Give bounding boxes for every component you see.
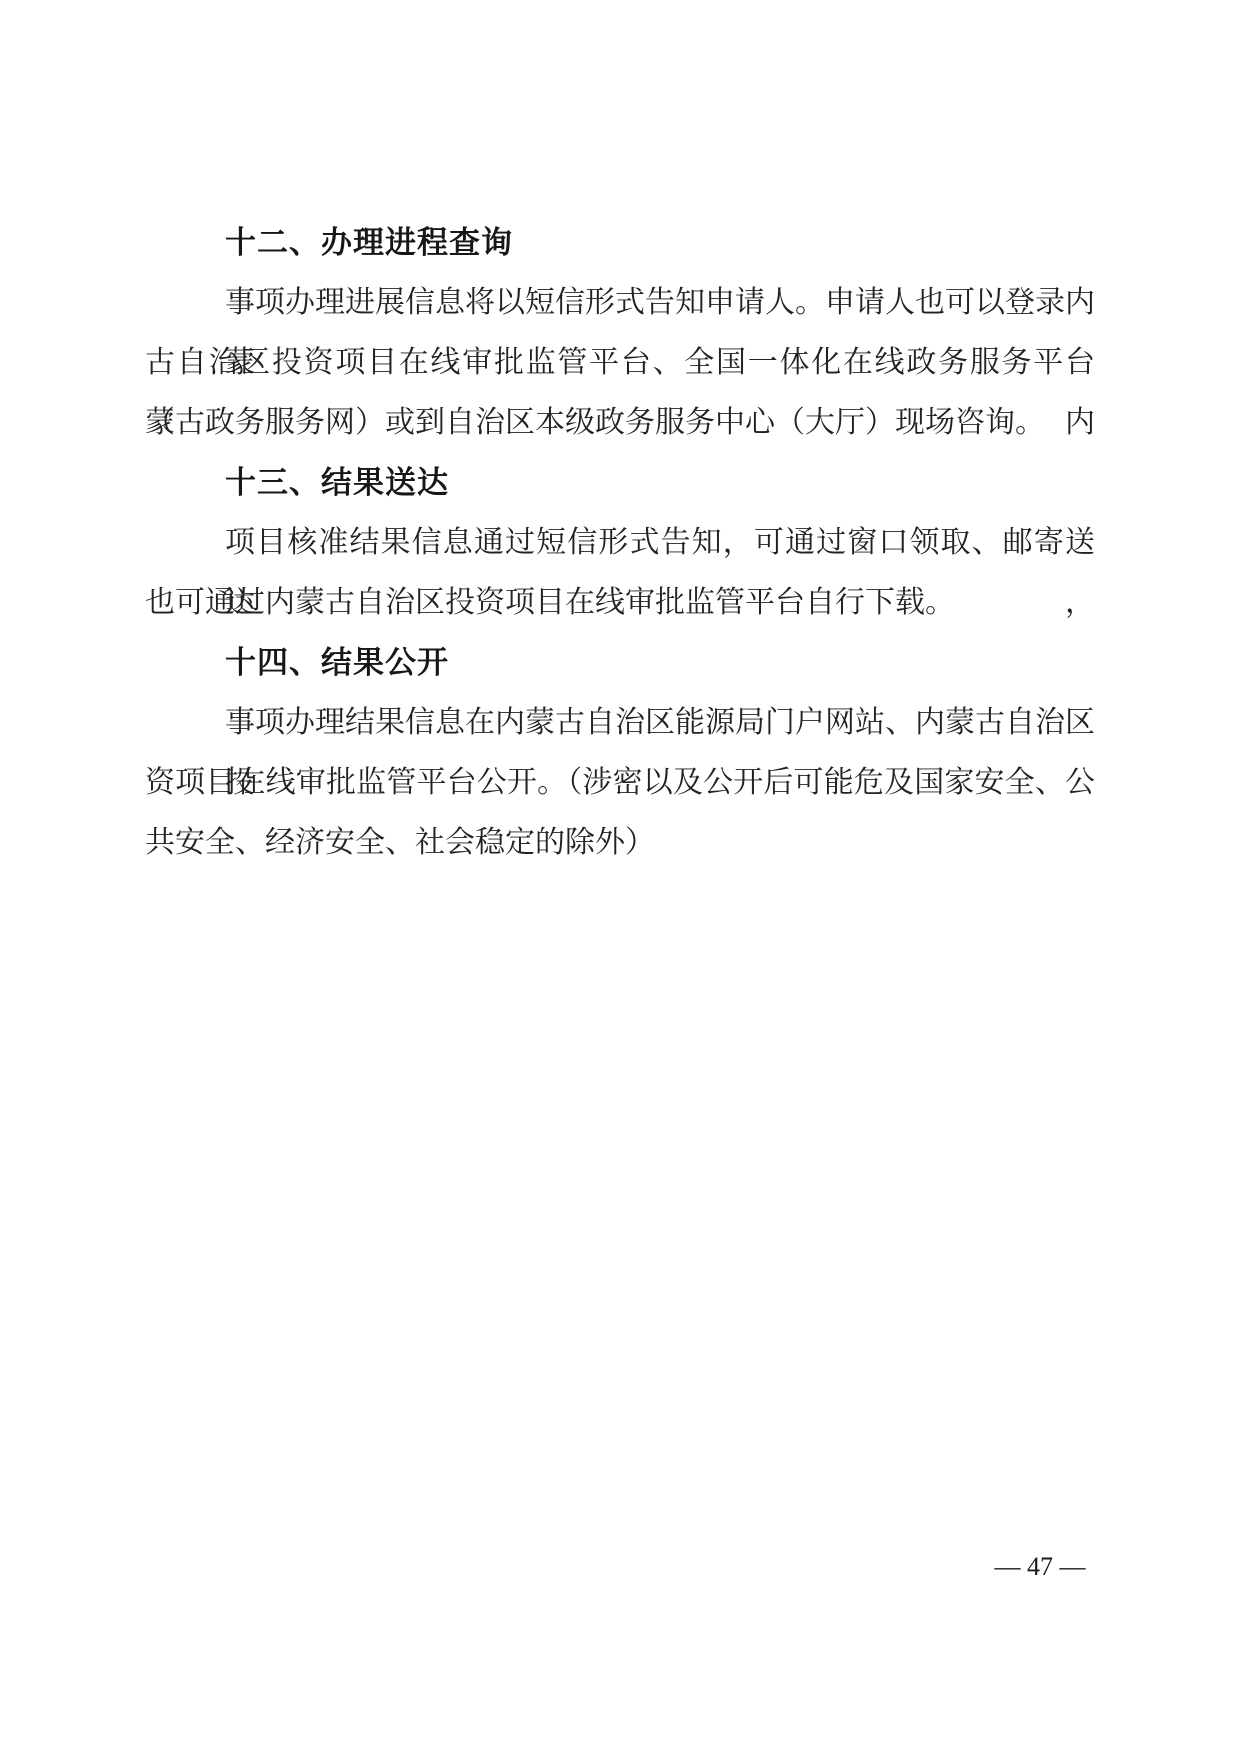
section-heading-13: 十三、结果送达 xyxy=(145,453,1095,513)
page-number: — 47 — xyxy=(975,1550,1105,1584)
paragraph-line: 古自治区投资项目在线审批监管平台、全国一体化在线政务服务平台（内 xyxy=(145,333,1095,393)
paragraph-line: 事项办理结果信息在内蒙古自治区能源局门户网站、内蒙古自治区投 xyxy=(145,693,1095,753)
paragraph-line: 蒙古政务服务网）或到自治区本级政务服务中心（大厅）现场咨询。 xyxy=(145,393,1095,453)
paragraph-line: 资项目在线审批监管平台公开。（涉密以及公开后可能危及国家安全、公 xyxy=(145,753,1095,813)
paragraph-line: 也可通过内蒙古自治区投资项目在线审批监管平台自行下载。 xyxy=(145,573,1095,633)
section-heading-14: 十四、结果公开 xyxy=(145,633,1095,693)
document-content: 十二、办理进程查询 事项办理进展信息将以短信形式告知申请人。申请人也可以登录内蒙… xyxy=(145,213,1095,873)
section-heading-12: 十二、办理进程查询 xyxy=(145,213,1095,273)
paragraph-line: 项目核准结果信息通过短信形式告知，可通过窗口领取、邮寄送达， xyxy=(145,513,1095,573)
paragraph-line: 共安全、经济安全、社会稳定的除外） xyxy=(145,813,1095,873)
document-page: 十二、办理进程查询 事项办理进展信息将以短信形式告知申请人。申请人也可以登录内蒙… xyxy=(0,0,1240,1753)
paragraph-line: 事项办理进展信息将以短信形式告知申请人。申请人也可以登录内蒙 xyxy=(145,273,1095,333)
